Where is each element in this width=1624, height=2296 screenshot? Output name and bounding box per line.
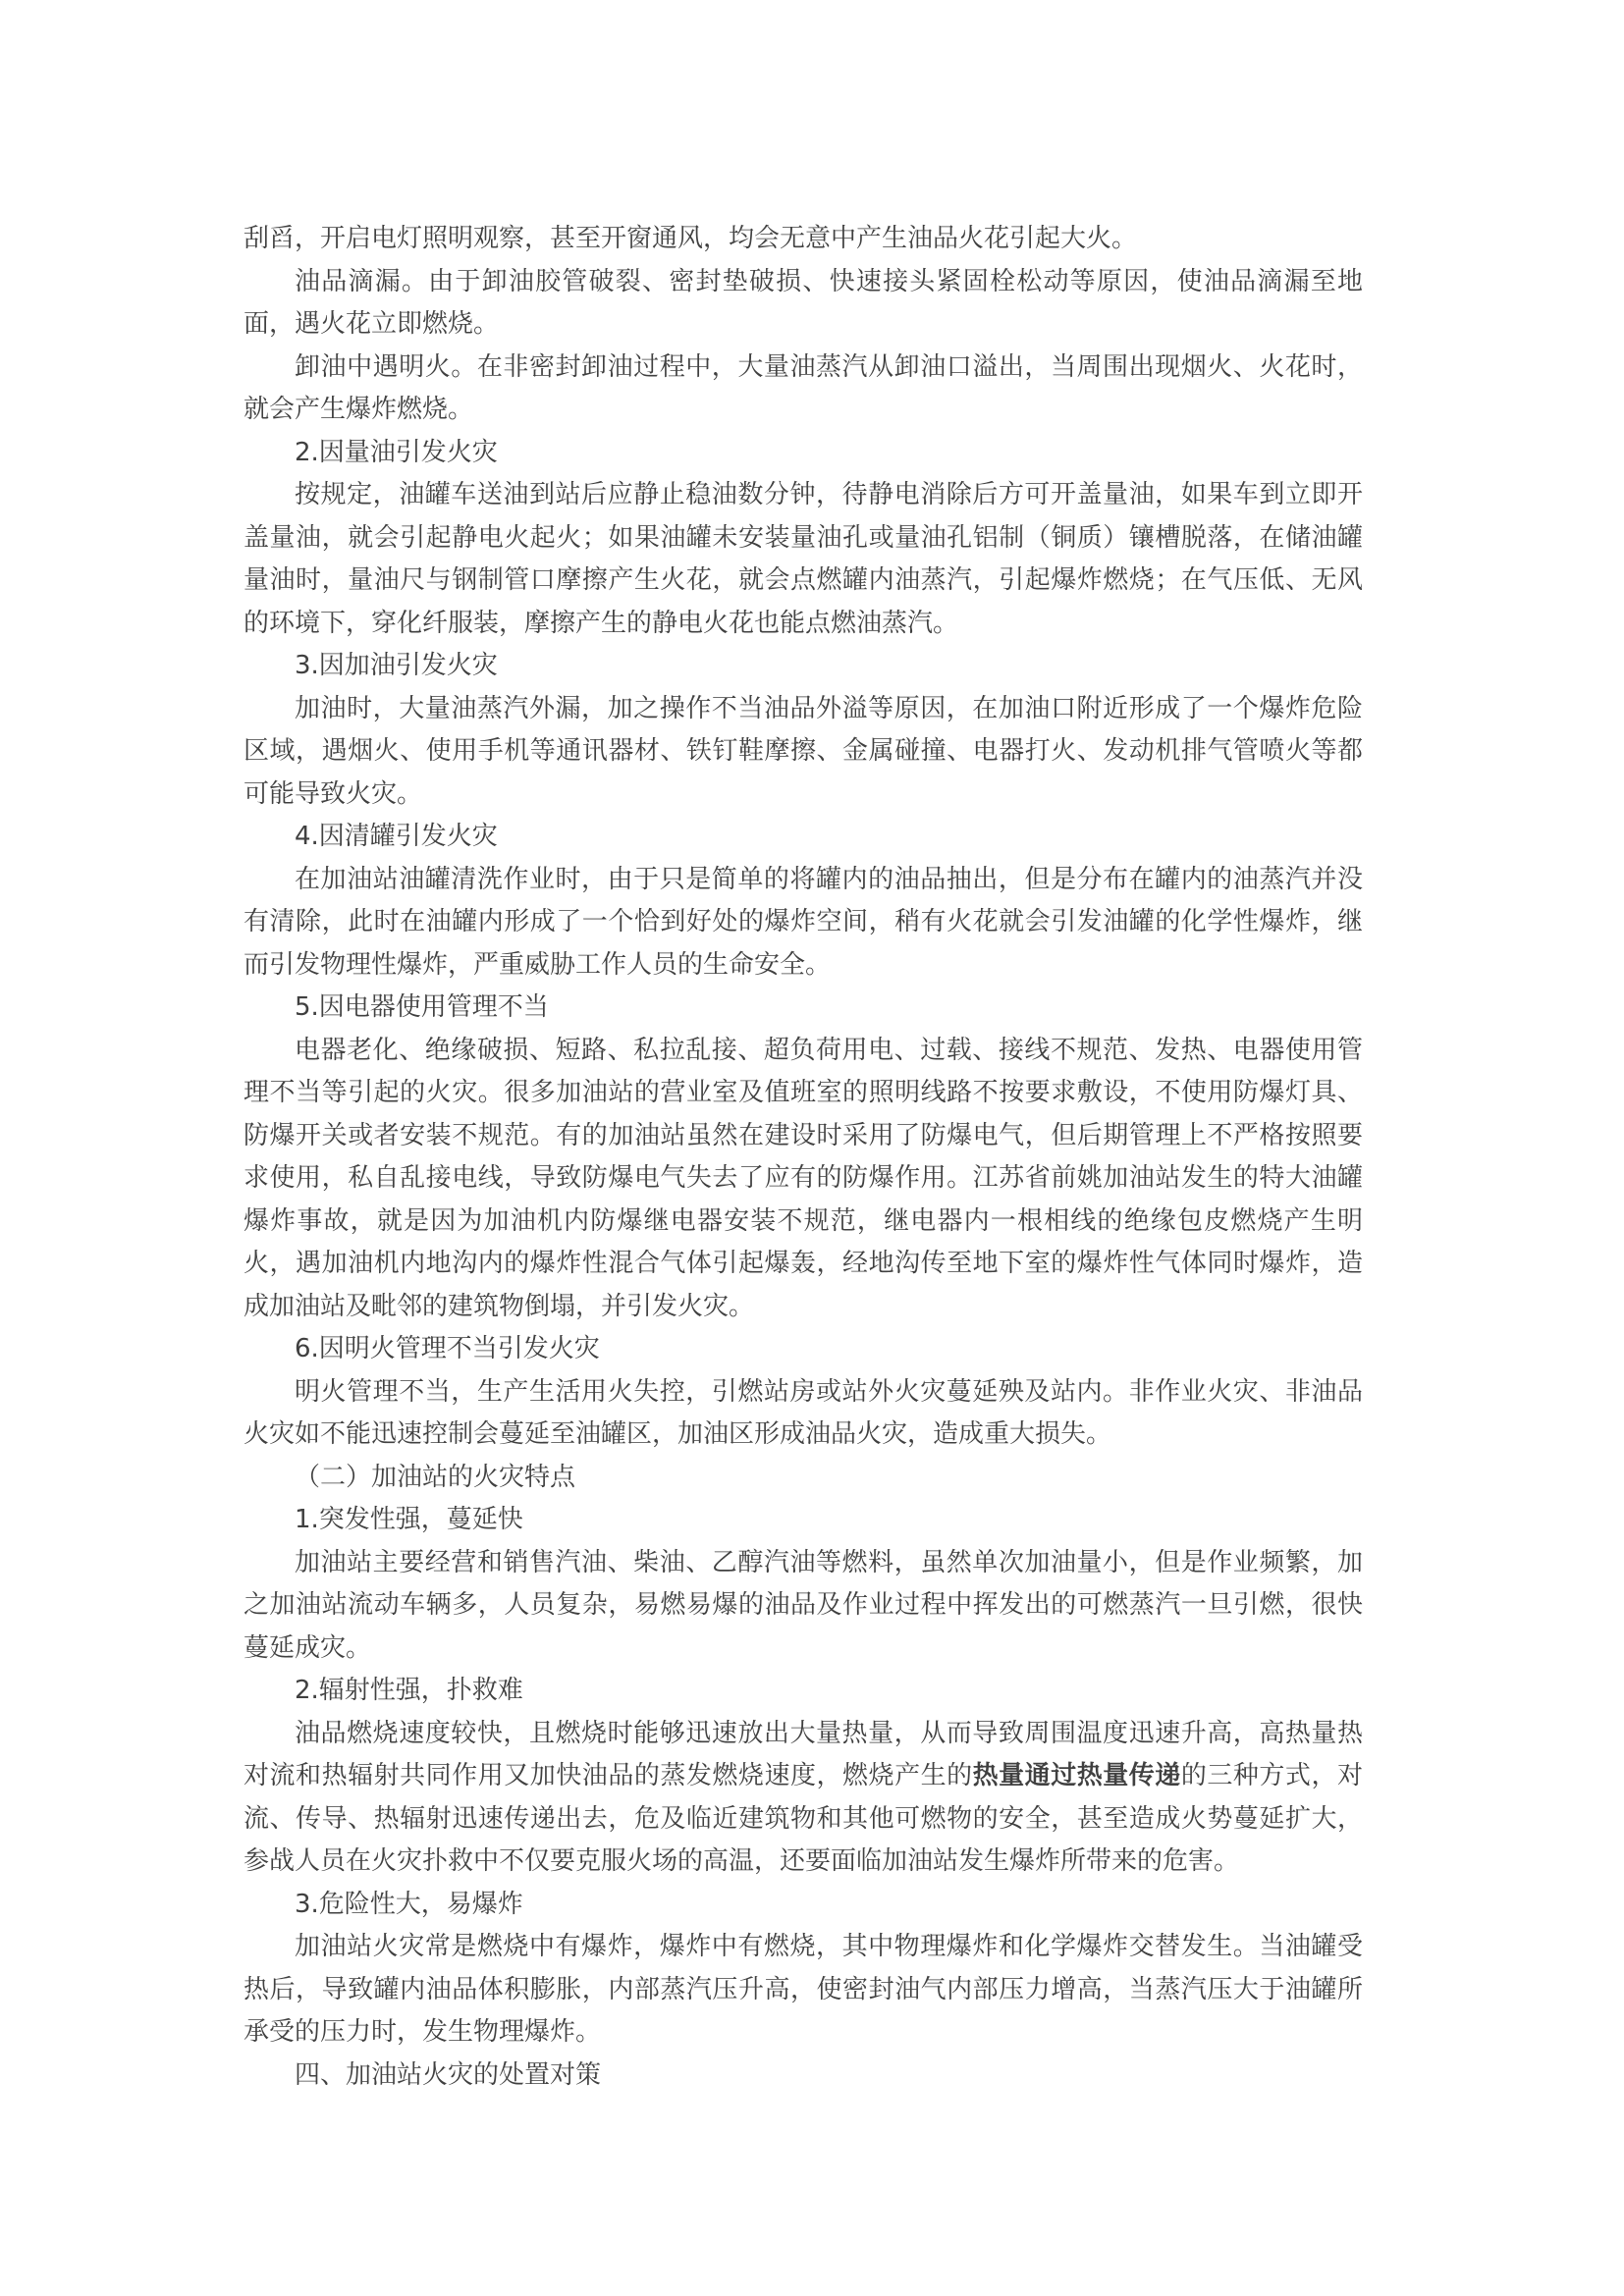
text-run: 2.辐射性强，扑救难 bbox=[295, 1676, 523, 1705]
text-run: （二）加油站的火灾特点 bbox=[295, 1463, 575, 1492]
paragraph: 4.因清罐引发火灾 bbox=[244, 816, 1363, 859]
paragraph: 明火管理不当，生产生活用火失控，引燃站房或站外火灾蔓延殃及站内。非作业火灾、非油… bbox=[244, 1371, 1363, 1457]
paragraph: 加油站主要经营和销售汽油、柴油、乙醇汽油等燃料，虽然单次加油量小，但是作业频繁，… bbox=[244, 1542, 1363, 1671]
paragraph: 按规定，油罐车送油到站后应静止稳油数分钟，待静电消除后方可开盖量油，如果车到立即… bbox=[244, 474, 1363, 645]
text-run: 卸油中遇明火。在非密封卸油过程中，大量油蒸汽从卸油口溢出，当周围出现烟火、火花时… bbox=[244, 352, 1363, 425]
text-run: 四、加油站火灾的处置对策 bbox=[295, 2060, 601, 2090]
text-run: 3.因加油引发火灾 bbox=[295, 651, 498, 680]
paragraph: （二）加油站的火灾特点 bbox=[244, 1457, 1363, 1500]
paragraph: 1.突发性强，蔓延快 bbox=[244, 1499, 1363, 1542]
text-run: 3.危险性大，易爆炸 bbox=[295, 1890, 523, 1919]
paragraph: 油品燃烧速度较快，且燃烧时能够迅速放出大量热量，从而导致周围温度迅速升高，高热量… bbox=[244, 1713, 1363, 1884]
document-page: 刮舀，开启电灯照明观察，甚至开窗通风，均会无意中产生油品火花引起大火。油品滴漏。… bbox=[0, 0, 1624, 2296]
text-run: 4.因清罐引发火灾 bbox=[295, 822, 498, 851]
paragraph: 加油站火灾常是燃烧中有爆炸，爆炸中有燃烧，其中物理爆炸和化学爆炸交替发生。当油罐… bbox=[244, 1926, 1363, 2055]
text-run: 按规定，油罐车送油到站后应静止稳油数分钟，待静电消除后方可开盖量油，如果车到立即… bbox=[244, 480, 1363, 638]
text-run: 加油站主要经营和销售汽油、柴油、乙醇汽油等燃料，虽然单次加油量小，但是作业频繁，… bbox=[244, 1548, 1363, 1663]
text-run: 1.突发性强，蔓延快 bbox=[295, 1505, 523, 1534]
paragraph: 5.因电器使用管理不当 bbox=[244, 987, 1363, 1030]
paragraph: 刮舀，开启电灯照明观察，甚至开窗通风，均会无意中产生油品火花引起大火。 bbox=[244, 218, 1363, 261]
document-body: 刮舀，开启电灯照明观察，甚至开窗通风，均会无意中产生油品火花引起大火。油品滴漏。… bbox=[244, 218, 1363, 2097]
paragraph: 3.危险性大，易爆炸 bbox=[244, 1884, 1363, 1927]
paragraph: 在加油站油罐清洗作业时，由于只是简单的将罐内的油品抽出，但是分布在罐内的油蒸汽并… bbox=[244, 859, 1363, 988]
paragraph: 2.因量油引发火灾 bbox=[244, 432, 1363, 475]
paragraph: 四、加油站火灾的处置对策 bbox=[244, 2055, 1363, 2098]
text-run: 明火管理不当，生产生活用火失控，引燃站房或站外火灾蔓延殃及站内。非作业火灾、非油… bbox=[244, 1377, 1363, 1450]
text-run: 加油站火灾常是燃烧中有爆炸，爆炸中有燃烧，其中物理爆炸和化学爆炸交替发生。当油罐… bbox=[244, 1932, 1363, 2047]
paragraph: 2.辐射性强，扑救难 bbox=[244, 1670, 1363, 1713]
text-run: 刮舀，开启电灯照明观察，甚至开窗通风，均会无意中产生油品火花引起大火。 bbox=[244, 224, 1137, 253]
text-run: 5.因电器使用管理不当 bbox=[295, 992, 549, 1022]
text-run: 油品滴漏。由于卸油胶管破裂、密封垫破损、快速接头紧固栓松动等原因，使油品滴漏至地… bbox=[244, 267, 1363, 340]
text-run: 加油时，大量油蒸汽外漏，加之操作不当油品外溢等原因，在加油口附近形成了一个爆炸危… bbox=[244, 694, 1363, 809]
paragraph: 电器老化、绝缘破损、短路、私拉乱接、超负荷用电、过载、接线不规范、发热、电器使用… bbox=[244, 1030, 1363, 1329]
paragraph: 3.因加油引发火灾 bbox=[244, 645, 1363, 688]
paragraph: 6.因明火管理不当引发火灾 bbox=[244, 1328, 1363, 1371]
text-run: 6.因明火管理不当引发火灾 bbox=[295, 1334, 600, 1363]
text-run: 在加油站油罐清洗作业时，由于只是简单的将罐内的油品抽出，但是分布在罐内的油蒸汽并… bbox=[244, 865, 1363, 980]
paragraph: 加油时，大量油蒸汽外漏，加之操作不当油品外溢等原因，在加油口附近形成了一个爆炸危… bbox=[244, 688, 1363, 817]
paragraph: 卸油中遇明火。在非密封卸油过程中，大量油蒸汽从卸油口溢出，当周围出现烟火、火花时… bbox=[244, 347, 1363, 432]
bold-text-run: 热量通过热量传递 bbox=[973, 1761, 1181, 1790]
text-run: 2.因量油引发火灾 bbox=[295, 438, 498, 467]
paragraph: 油品滴漏。由于卸油胶管破裂、密封垫破损、快速接头紧固栓松动等原因，使油品滴漏至地… bbox=[244, 261, 1363, 347]
text-run: 电器老化、绝缘破损、短路、私拉乱接、超负荷用电、过载、接线不规范、发热、电器使用… bbox=[244, 1036, 1363, 1321]
